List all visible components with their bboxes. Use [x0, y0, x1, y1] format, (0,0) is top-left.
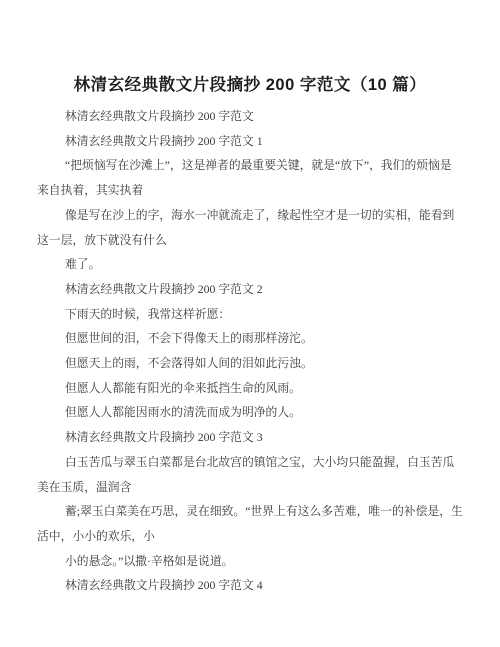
paragraph: 林清玄经典散文片段摘抄 200 字范文 3 [37, 425, 463, 450]
paragraph: 蓄;翠玉白菜美在巧思，灵在细致。“世界上有这么多苦难，唯一的补偿是，生活中，小小… [37, 499, 463, 548]
paragraph: 像是写在沙上的字，海水一冲就流走了，缘起性空才是一切的实相，能看到这一层，放下就… [37, 203, 463, 252]
paragraph: 白玉苦瓜与翠玉白菜都是台北故宫的镇馆之宝，大小均只能盈握，白玉苦瓜美在玉质，温润… [37, 450, 463, 499]
paragraph: 但愿天上的雨，不会落得如人间的泪如此污浊。 [37, 351, 463, 376]
paragraph: 林清玄经典散文片段摘抄 200 字范文 1 [37, 129, 463, 154]
paragraph: 林清玄经典散文片段摘抄 200 字范文 4 [37, 573, 463, 598]
paragraph: 但愿世间的泪，不会下得像天上的雨那样滂沱。 [37, 326, 463, 351]
paragraph: 下雨天的时候，我常这样祈愿： [37, 302, 463, 327]
paragraph: 林清玄经典散文片段摘抄 200 字范文 2 [37, 277, 463, 302]
paragraph: “把烦恼写在沙滩上”，这是禅者的最重要关键，就是“放下”，我们的烦恼是来自执着，… [37, 153, 463, 202]
paragraph: 林清玄经典散文片段摘抄 200 字范文 [37, 104, 463, 129]
document-page: 林清玄经典散文片段摘抄 200 字范文（10 篇） 林清玄经典散文片段摘抄 20… [0, 0, 500, 647]
paragraph: 但愿人人都能因雨水的清洗而成为明净的人。 [37, 400, 463, 425]
document-title: 林清玄经典散文片段摘抄 200 字范文（10 篇） [37, 72, 463, 98]
paragraph: 难了。 [37, 252, 463, 277]
paragraph: 小的悬念。”以撒·辛格如是说道。 [37, 549, 463, 574]
paragraph: 但愿人人都能有阳光的伞来抵挡生命的风雨。 [37, 376, 463, 401]
